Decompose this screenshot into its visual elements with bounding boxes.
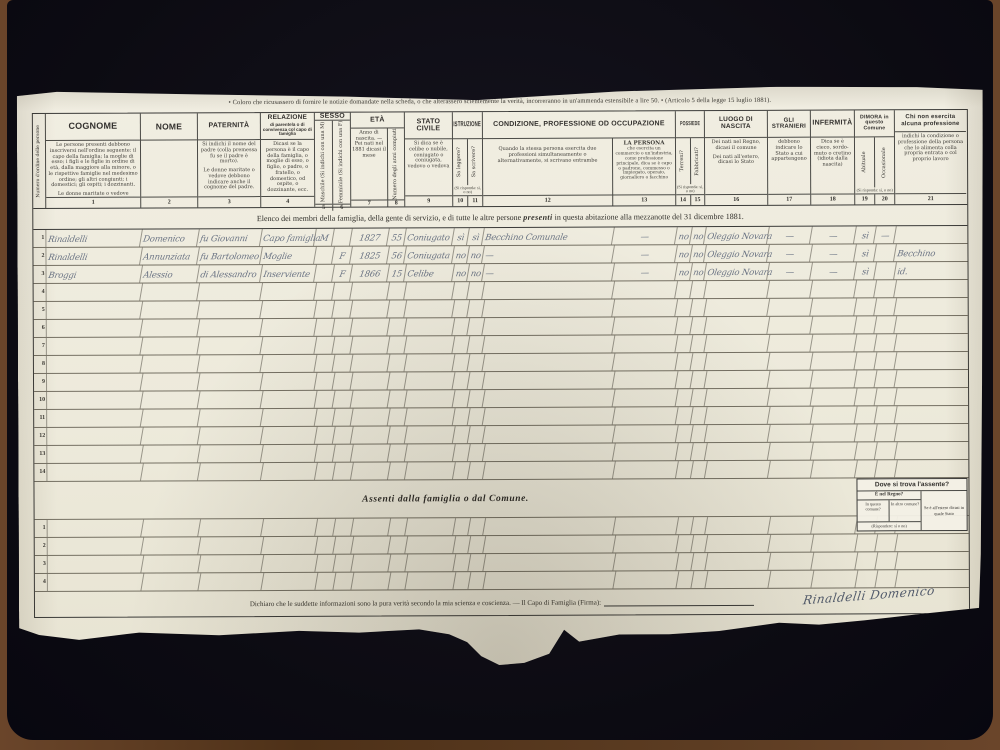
relazione-note: Dicasi se la persona è il capo della fam…	[261, 140, 314, 196]
column-infermita: INFERMITÀ Dica se è cieco, sordo-muto o …	[811, 110, 855, 204]
cell-stranieri	[767, 317, 813, 334]
cell-paternita	[198, 427, 264, 444]
cell-paternita: fu Bartolomeo	[197, 247, 263, 264]
cell-cognome	[45, 320, 143, 337]
cell-paternita	[198, 537, 264, 554]
cell-condizione	[483, 443, 616, 461]
cell-paternita	[198, 373, 264, 390]
cell-anno-nascita	[351, 518, 391, 535]
dove-box-title: Dove si trova l'assente?	[857, 479, 966, 491]
cell-relazione: Moglie	[260, 247, 317, 264]
cell-condizione	[483, 425, 616, 443]
eta-title: ETÀ	[351, 112, 404, 128]
declaration-row: Dichiaro che le suddette informazioni so…	[35, 588, 969, 617]
cell-nome	[140, 319, 200, 336]
cell-stato-civile	[404, 336, 455, 353]
cell-cognome	[46, 392, 144, 409]
cell-stranieri: —	[767, 263, 813, 280]
cell-condizione: —	[482, 264, 615, 282]
stato-civile-colnum: 9	[405, 195, 452, 206]
cell-stranieri	[768, 407, 814, 424]
sesso-subcolumns: Maschile (Si indichi con una M) Femminil…	[315, 121, 350, 204]
cell-infermita	[811, 460, 858, 477]
relazione-title: RELAZIONE di parentela o di convivenza c…	[261, 113, 314, 140]
sa-leggere: Sa leggere?	[453, 139, 467, 185]
cell-luogo-nascita	[705, 443, 771, 460]
cell-anno-nascita	[350, 282, 390, 299]
cell-nome	[141, 519, 201, 536]
cell-paternita	[198, 519, 264, 536]
column-group-possiede: POSSIEDE Terreni? Fabbricati? (Si rispon…	[676, 111, 705, 205]
istruzione-colnums: 1011	[453, 195, 482, 206]
cell-nome	[140, 337, 200, 354]
cell-stato-civile	[405, 426, 456, 443]
cell-luogo-nascita	[705, 425, 771, 442]
cell-la-persona: —	[612, 227, 678, 244]
cell-stato-civile	[405, 462, 456, 479]
cell-relazione	[261, 391, 318, 408]
cell-infermita	[811, 570, 858, 587]
cell-infermita	[811, 534, 858, 551]
la-persona-note: che esercita un commercio o un'industria…	[615, 147, 673, 182]
cell-la-persona	[613, 517, 679, 534]
cell-anno-nascita	[351, 444, 391, 461]
cell-la-persona	[613, 407, 679, 424]
cell-infermita	[810, 352, 857, 369]
cell-luogo-nascita	[704, 353, 770, 370]
cell-nome	[141, 573, 201, 590]
cell-stato-civile	[405, 518, 456, 535]
cell-anno-nascita	[351, 426, 391, 443]
cell-la-persona: —	[612, 245, 678, 262]
cell-paternita	[198, 409, 264, 426]
elenco-text-pre: Elenco dei membri della famiglia, della …	[257, 212, 521, 222]
cell-anno-nascita	[350, 354, 390, 371]
cell-paternita	[198, 463, 264, 480]
sesso-maschile: Maschile (Si indichi con una M)	[315, 121, 332, 204]
cell-nome	[141, 409, 201, 426]
cell-chi-non-esercita: Becchino	[894, 244, 968, 261]
cell-condizione	[483, 535, 616, 553]
cell-paternita	[197, 355, 263, 372]
cell-chi-non-esercita: id.	[894, 262, 968, 279]
cell-anno-nascita	[351, 462, 391, 479]
cell-relazione	[261, 573, 318, 590]
cell-nome	[141, 537, 201, 554]
paternita-note: Si indichi il nome del padre (colla prem…	[198, 140, 260, 196]
cell-luogo-nascita	[705, 371, 771, 388]
cell-cognome	[46, 428, 144, 445]
cell-relazione	[261, 409, 318, 426]
cell-anno-nascita	[351, 572, 391, 589]
cell-cognome	[45, 284, 143, 301]
cell-stranieri	[768, 517, 814, 534]
cell-paternita	[197, 283, 263, 300]
eta-subcolumns: Anno di nascita. — Pei nati nel 1881 dic…	[351, 128, 404, 199]
nome-note	[141, 140, 197, 196]
cell-anno-nascita	[351, 390, 391, 407]
cell-stato-civile	[404, 300, 455, 317]
cell-condizione: Becchino Comunale	[482, 228, 615, 246]
cell-stato-civile	[405, 444, 456, 461]
stato-civile-note: Si dica se è celibe o nubile, coniugato …	[405, 139, 452, 195]
cell-stato-civile: Celibe	[404, 264, 455, 281]
cell-nome	[141, 373, 201, 390]
sesso-colnums: 56	[315, 204, 350, 211]
cell-anno-nascita: 1827	[350, 228, 390, 245]
column-group-sesso: SESSO Maschile (Si indichi con una M) Fe…	[315, 113, 351, 207]
chi-non-note: indichi la condizione o professione dell…	[895, 132, 966, 193]
cell-stato-civile	[405, 408, 456, 425]
column-numero-ordine: Numero d'ordine delle persone	[33, 114, 46, 208]
cell-luogo-nascita	[705, 461, 771, 478]
cell-chi-non-esercita	[895, 460, 969, 477]
cell-la-persona	[612, 317, 678, 334]
cell-chi-non-esercita	[894, 352, 968, 369]
assenti-section: Assenti dalla famiglia o dal Comune. Dov…	[34, 478, 968, 520]
cell-stato-civile: Coniugato	[404, 228, 455, 245]
cell-anno-nascita	[351, 554, 391, 571]
stato-civile-title: STATO CIVILE	[405, 112, 452, 139]
cell-relazione	[260, 301, 317, 318]
cell-anno-nascita: 1866	[350, 264, 390, 281]
rispondere-note: (Rispondere: sì o no)	[858, 521, 921, 530]
cell-cognome	[45, 302, 143, 319]
column-luogo-nascita: LUOGO DI NASCITA Dei nati nel Regno, dic…	[705, 111, 768, 205]
cell-relazione	[261, 555, 318, 572]
cell-cognome	[46, 374, 144, 391]
paternita-title: PATERNITÀ	[198, 113, 260, 140]
in-questo-comune: In questo comune?	[858, 500, 889, 521]
cell-cognome: Rinaldelli	[45, 230, 143, 247]
cell-condizione: —	[482, 246, 615, 264]
cell-infermita	[810, 298, 857, 315]
cell-infermita	[810, 334, 857, 351]
chi-non-colnum: 21	[895, 193, 966, 204]
cell-nome	[141, 427, 201, 444]
declaration-text: Dichiaro che le suddette informazioni so…	[250, 598, 601, 608]
cell-luogo-nascita	[705, 571, 771, 588]
column-group-istruzione: ISTRUZIONE Sa leggere? Sa scrivere? (Si …	[453, 112, 483, 206]
dove-si-trova-box: Dove si trova l'assente? È nel Regno? In…	[856, 478, 967, 531]
regno-subquestions: In questo comune? In altro comune?	[858, 500, 921, 521]
cell-relazione	[261, 519, 318, 536]
cell-la-persona	[613, 461, 679, 478]
cell-la-persona	[612, 299, 678, 316]
condizione-due-professioni: Quando la stessa persona esercita due pr…	[483, 139, 612, 196]
cell-infermita	[810, 316, 857, 333]
column-paternita: PATERNITÀ Si indichi il nome del padre (…	[198, 113, 261, 207]
cell-cognome	[46, 574, 144, 591]
cell-relazione	[261, 427, 318, 444]
stranieri-note: debbono indicare lo Stato a cui apparten…	[768, 138, 810, 194]
cell-relazione	[260, 355, 317, 372]
cell-stranieri	[768, 425, 814, 442]
column-group-dimora: DIMORA in questo Comune Abituale Occasio…	[855, 110, 895, 204]
infermita-title: INFERMITÀ	[811, 110, 854, 137]
column-group-eta: ETÀ Anno di nascita. — Pei nati nel 1881…	[351, 112, 405, 206]
relazione-colnum: 4	[261, 196, 314, 207]
cell-anno-nascita	[350, 300, 390, 317]
column-chi-non-esercita: Chi non esercita alcuna professione indi…	[895, 110, 966, 204]
cell-paternita	[198, 445, 264, 462]
cell-la-persona	[613, 535, 679, 552]
cell-nome	[141, 391, 201, 408]
cognome-colnum: 1	[46, 197, 140, 208]
possiede-risponda-note: (Si risponda: sì, o no)	[676, 184, 704, 195]
possiede-colnums: 1415	[676, 194, 704, 205]
cell-condizione	[483, 461, 616, 479]
cell-la-persona	[612, 335, 678, 352]
cell-stranieri	[768, 371, 814, 388]
cell-anno-nascita	[350, 318, 390, 335]
cell-stranieri	[768, 571, 814, 588]
cell-stranieri	[768, 443, 814, 460]
cell-luogo-nascita	[705, 517, 771, 534]
cell-la-persona	[613, 389, 679, 406]
column-relazione: RELAZIONE di parentela o di convivenza c…	[261, 113, 315, 207]
cell-luogo-nascita	[705, 553, 771, 570]
cell-la-persona: —	[612, 263, 678, 280]
cell-stato-civile	[405, 572, 456, 589]
luogo-note-2: Dei nati all'estero, dicasi lo Stato	[707, 154, 765, 166]
cognome-title: COGNOME	[46, 114, 140, 141]
cell-stranieri	[767, 299, 813, 316]
dimora-abituale: Abituale	[855, 137, 874, 187]
cell-infermita: —	[810, 244, 857, 261]
istruzione-subcolumns: Sa leggere? Sa scrivere?	[453, 139, 482, 185]
possiede-terreni: Terreni?	[676, 138, 690, 184]
chi-non-title: Chi non esercita alcuna professione	[895, 110, 966, 132]
cell-relazione	[261, 537, 318, 554]
cell-stato-civile: Coniugata	[404, 246, 455, 263]
dimora-subcolumns: Abituale Occasionale	[855, 137, 894, 187]
cell-cognome: Rinaldelli	[45, 248, 143, 265]
dove-box-regno: È nel Regno? In questo comune? In altro …	[858, 491, 922, 530]
cell-luogo-nascita: Oleggio Novara	[704, 227, 770, 244]
cell-condizione	[483, 553, 616, 571]
presenti-rows: 1 Rinaldelli Domenico fu Giovanni Capo f…	[33, 226, 968, 482]
cell-paternita: fu Giovanni	[197, 229, 263, 246]
paternita-colnum: 3	[198, 196, 260, 207]
cell-cognome	[46, 538, 144, 555]
cell-nome	[141, 555, 201, 572]
cell-infermita	[811, 370, 858, 387]
istruzione-risponda-note: (Si risponda: sì, o no)	[453, 185, 482, 196]
paternita-note-2: Le donne maritate o vedove debbono indic…	[200, 168, 258, 191]
cell-infermita	[811, 442, 858, 459]
luogo-title: LUOGO DI NASCITA	[705, 111, 767, 138]
cell-anno-nascita	[350, 336, 390, 353]
cell-nome: Domenico	[140, 229, 200, 246]
cell-stato-civile	[405, 536, 456, 553]
cell-infermita	[811, 424, 858, 441]
cell-cognome	[46, 520, 144, 537]
cell-luogo-nascita: Oleggio Novara	[704, 263, 770, 280]
cell-luogo-nascita	[704, 299, 770, 316]
cell-cognome: Broggi	[45, 266, 143, 283]
luogo-note: Dei nati nel Regno, dicasi il comune Dei…	[705, 138, 767, 194]
cell-cognome	[46, 410, 144, 427]
cell-nome	[140, 283, 200, 300]
cell-paternita: di Alessandro	[197, 265, 263, 282]
cell-stranieri	[767, 353, 813, 370]
cell-stato-civile	[405, 554, 456, 571]
cell-luogo-nascita	[705, 389, 771, 406]
cell-paternita	[198, 391, 264, 408]
cell-luogo-nascita	[704, 335, 770, 352]
cell-stranieri	[767, 335, 813, 352]
dimora-title: DIMORA in questo Comune	[855, 110, 894, 137]
cell-stranieri	[768, 389, 814, 406]
cell-relazione	[261, 463, 318, 480]
column-group-condizione: CONDIZIONE, PROFESSIONE OD OCCUPAZIONE Q…	[483, 111, 676, 206]
cell-luogo-nascita	[705, 535, 771, 552]
cell-infermita	[811, 516, 858, 533]
cell-chi-non-esercita	[895, 442, 969, 459]
possiede-fabbricati: Fabbricati?	[689, 138, 704, 184]
elenco-text-presenti: presenti	[523, 212, 552, 221]
cell-stato-civile	[405, 372, 456, 389]
cell-cognome	[46, 446, 144, 463]
nome-title: NOME	[141, 113, 197, 140]
cell-luogo-nascita: Oleggio Novara	[704, 245, 770, 262]
cognome-note-1: Le persone presenti debbono inscriversi …	[49, 142, 138, 189]
cell-cognome	[45, 356, 143, 373]
cell-stranieri	[768, 553, 814, 570]
cell-anno-nascita	[351, 408, 391, 425]
cell-infermita: —	[810, 226, 857, 243]
cell-paternita	[197, 319, 263, 336]
cell-stranieri	[768, 461, 814, 478]
cell-chi-non-esercita	[894, 334, 968, 351]
column-cognome: COGNOME Le persone presenti debbono insc…	[46, 114, 141, 208]
cell-cognome	[46, 464, 144, 481]
cell-chi-non-esercita	[895, 370, 969, 387]
dimora-occasionale: Occasionale	[874, 137, 894, 187]
eta-colnums: 78	[351, 199, 404, 206]
cell-stato-civile	[405, 390, 456, 407]
cell-condizione	[483, 372, 616, 390]
cell-luogo-nascita	[704, 281, 770, 298]
cell-nome	[141, 463, 201, 480]
istruzione-title: ISTRUZIONE	[453, 112, 482, 139]
cell-luogo-nascita	[704, 317, 770, 334]
dove-box-body: È nel Regno? In questo comune? In altro …	[858, 491, 967, 530]
condizione-colnums: 1213	[483, 194, 675, 206]
cognome-note: Le persone presenti debbono inscriversi …	[46, 141, 140, 197]
eta-anni-compiuti: Numero degli anni compiuti	[387, 128, 404, 199]
cell-relazione: Inserviente	[260, 265, 317, 282]
condizione-title: CONDIZIONE, PROFESSIONE OD OCCUPAZIONE	[483, 111, 675, 139]
table-header-row: Numero d'ordine delle persone COGNOME Le…	[33, 110, 967, 209]
sa-scrivere: Sa scrivere?	[467, 139, 482, 185]
cell-condizione	[482, 318, 615, 336]
cell-stato-civile	[404, 354, 455, 371]
cell-paternita	[197, 337, 263, 354]
cell-anno-nascita	[351, 536, 391, 553]
column-stranieri: GLI STRANIERI debbono indicare lo Stato …	[768, 111, 811, 205]
in-altro-comune: In altro comune?	[889, 500, 921, 521]
cell-relazione	[260, 283, 317, 300]
cell-anno-nascita: 1825	[350, 246, 390, 263]
census-table: Numero d'ordine delle persone COGNOME Le…	[32, 109, 970, 618]
infermita-note: Dica se è cieco, sordo-muto o cretino (i…	[811, 137, 854, 193]
elenco-text-post: in questa abitazione alla mezzanotte del…	[555, 211, 744, 221]
nome-colnum: 2	[141, 196, 197, 207]
cell-la-persona	[613, 371, 679, 388]
cell-chi-non-esercita	[894, 226, 968, 243]
cell-nome	[140, 301, 200, 318]
se-estero-cell: Se è all'estero dicasi in quale Stato	[922, 491, 967, 530]
cell-paternita	[198, 573, 264, 590]
cell-stranieri: —	[767, 227, 813, 244]
cell-nome	[141, 445, 201, 462]
cell-stranieri	[768, 535, 814, 552]
cell-relazione: Capo famiglia	[260, 229, 317, 246]
cell-chi-non-esercita	[894, 298, 968, 315]
cell-chi-non-esercita	[895, 388, 969, 405]
cell-relazione	[261, 445, 318, 462]
condizione-la-persona: LA PERSONA che esercita un commercio o u…	[612, 138, 675, 194]
cell-paternita	[198, 555, 264, 572]
cell-condizione	[482, 282, 615, 300]
dimora-colnums: 1920	[855, 193, 894, 204]
cell-cognome	[45, 338, 143, 355]
cell-paternita	[197, 301, 263, 318]
infermita-colnum: 18	[811, 193, 854, 204]
stranieri-title: GLI STRANIERI	[768, 111, 810, 138]
cell-condizione	[483, 408, 616, 426]
stranieri-colnum: 17	[768, 194, 810, 205]
luogo-colnum: 16	[705, 194, 767, 205]
cell-relazione	[260, 337, 317, 354]
sesso-title: SESSO	[315, 113, 350, 121]
column-nome: NOME 2	[141, 113, 198, 207]
condizione-subcolumns: Quando la stessa persona esercita due pr…	[483, 138, 675, 195]
cell-infermita	[810, 280, 857, 297]
cell-chi-non-esercita	[894, 316, 968, 333]
signature-line	[604, 597, 754, 607]
sesso-femminile: Femminile (Si indichi con una F)	[332, 121, 350, 204]
numero-ordine-label: Numero d'ordine delle persone	[36, 125, 41, 198]
possiede-subcolumns: Terreni? Fabbricati?	[676, 138, 704, 184]
column-stato-civile: STATO CIVILE Si dica se è celibe o nubil…	[405, 112, 453, 206]
possiede-title: POSSIEDE	[676, 111, 704, 138]
census-form-sheet: • Coloro che ricusassero di fornire le n…	[17, 84, 986, 670]
eta-anno-nascita: Anno di nascita. — Pei nati nel 1881 dic…	[351, 128, 387, 199]
cell-condizione	[483, 390, 616, 408]
cell-anno-nascita	[351, 372, 391, 389]
cell-la-persona	[613, 425, 679, 442]
cell-infermita	[811, 552, 858, 569]
cell-relazione	[261, 373, 318, 390]
cell-stato-civile	[404, 318, 455, 335]
cell-chi-non-esercita	[895, 534, 969, 551]
cell-condizione	[483, 517, 616, 535]
cell-chi-non-esercita	[895, 424, 969, 441]
cell-nome: Alessio	[140, 265, 200, 282]
regno-question: È nel Regno?	[858, 491, 921, 500]
cell-la-persona	[613, 443, 679, 460]
cell-stranieri: —	[767, 245, 813, 262]
cell-infermita	[811, 388, 858, 405]
cell-condizione	[482, 354, 615, 372]
cell-stranieri	[767, 281, 813, 298]
cell-la-persona	[612, 281, 678, 298]
luogo-note-1: Dei nati nel Regno, dicasi il comune	[712, 139, 761, 151]
cell-chi-non-esercita	[895, 406, 969, 423]
